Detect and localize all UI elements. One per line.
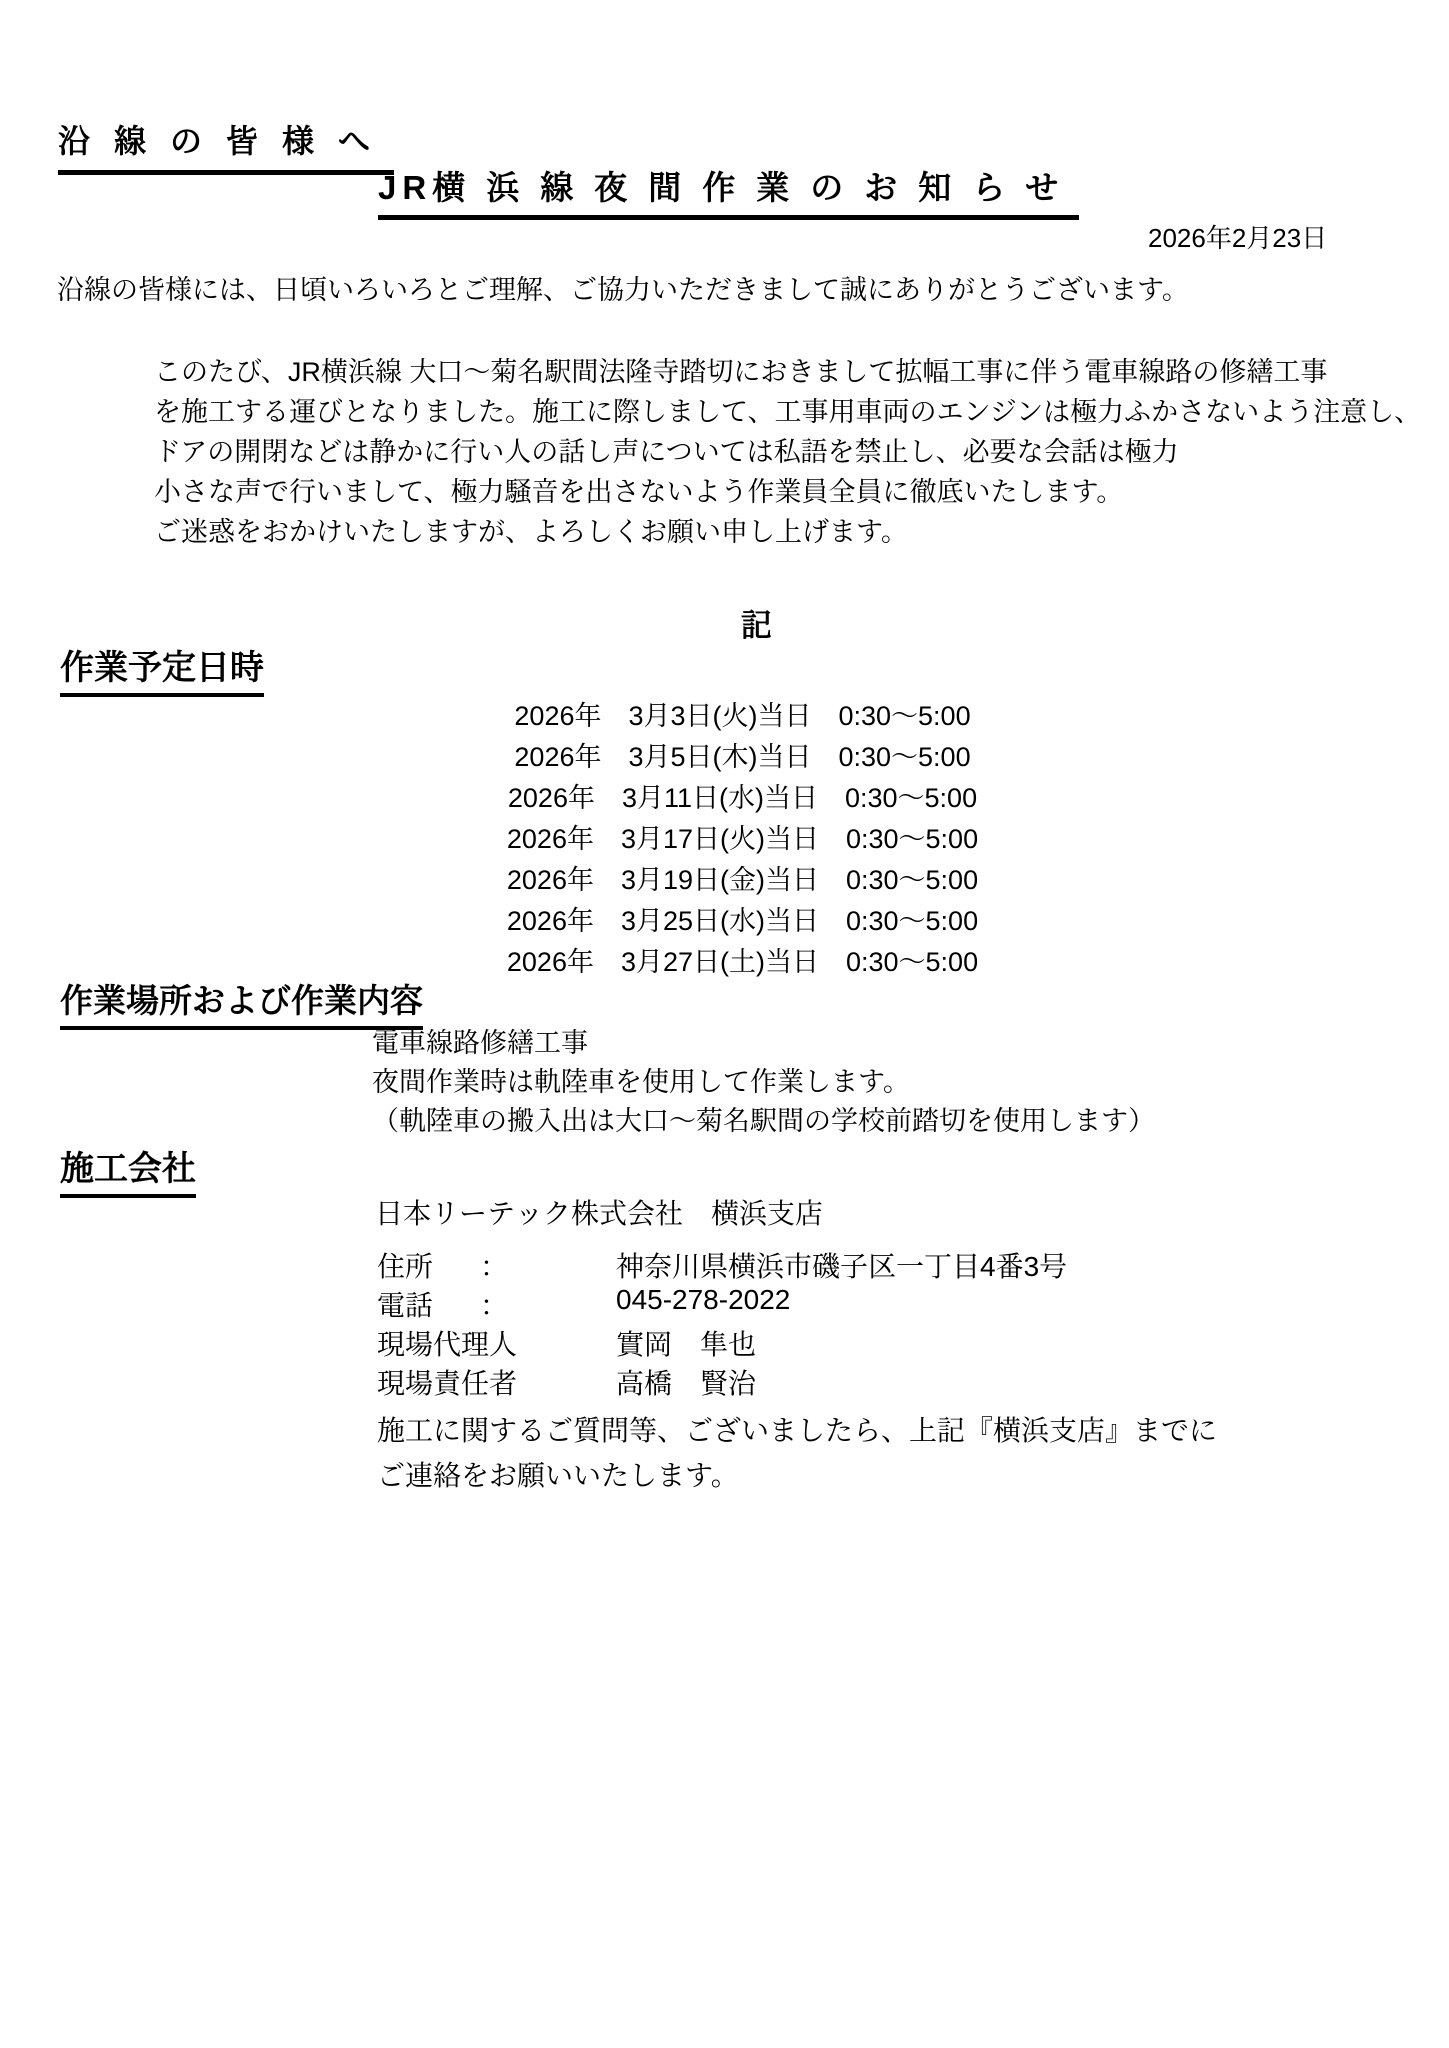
schedule-line: 2026年 3月3日(火)当日 0:30～5:00 — [36, 696, 1449, 737]
closing-text: 施工に関するご質問等、ございましたら、上記『横浜支店』までに ご連絡をお願いいた… — [377, 1408, 1217, 1498]
section-heading-company: 施工会社 — [60, 1141, 196, 1198]
schedule-list: 2026年 3月3日(火)当日 0:30～5:00 2026年 3月5日(木)当… — [0, 696, 1449, 983]
work-detail-line: 夜間作業時は軌陸車を使用して作業します。 — [372, 1063, 1155, 1102]
body-paragraph: このたび、JR横浜線 大口～菊名駅間法隆寺踏切におきまして拡幅工事に伴う電車線路… — [154, 352, 1421, 552]
section-heading-schedule: 作業予定日時 — [60, 640, 264, 697]
work-detail-line: 電車線路修繕工事 — [372, 1024, 1155, 1063]
company-info-value: 045-278-2022 — [616, 1284, 1067, 1324]
notice-document-page: 沿線の皆様へ JR横浜線夜間作業のお知らせ 2026年2月23日 沿線の皆様には… — [0, 0, 1449, 2048]
company-info-value: 神奈川県横浜市磯子区一丁目4番3号 — [616, 1245, 1067, 1285]
company-name: 日本リーテック株式会社 横浜支店 — [375, 1192, 823, 1232]
body-line: ドアの開閉などは静かに行い人の話し声については私語を禁止し、必要な会話は極力 — [154, 432, 1421, 472]
schedule-line: 2026年 3月19日(金)当日 0:30～5:00 — [36, 860, 1449, 901]
work-detail-line: （軌陸車の搬入出は大口～菊名駅間の学校前踏切を使用します） — [372, 1102, 1155, 1141]
closing-line: ご連絡をお願いいたします。 — [377, 1453, 1217, 1498]
salutation: 沿線の皆様へ — [58, 116, 394, 175]
company-info: 住所 ： 神奈川県横浜市磯子区一丁目4番3号 電話 ： 045-278-2022… — [377, 1245, 1067, 1401]
issue-date: 2026年2月23日 — [1148, 218, 1327, 255]
notice-title: JR横浜線夜間作業のお知らせ — [378, 162, 1079, 220]
company-info-row: 現場代理人 實岡 隼也 — [377, 1323, 1067, 1362]
work-detail: 電車線路修繕工事 夜間作業時は軌陸車を使用して作業します。 （軌陸車の搬入出は大… — [372, 1024, 1155, 1141]
record-mark: 記 — [0, 600, 1449, 645]
company-info-row: 現場責任者 高橋 賢治 — [377, 1362, 1067, 1401]
section-heading-work: 作業場所および作業内容 — [60, 975, 423, 1030]
schedule-line: 2026年 3月17日(火)当日 0:30～5:00 — [36, 819, 1449, 860]
company-info-label: 現場代理人 — [377, 1323, 480, 1363]
body-line: 小さな声で行いまして、極力騒音を出さないよう作業員全員に徹底いたします。 — [154, 472, 1421, 512]
company-info-colon — [480, 1362, 616, 1402]
schedule-line: 2026年 3月5日(木)当日 0:30～5:00 — [36, 737, 1449, 778]
schedule-line: 2026年 3月25日(水)当日 0:30～5:00 — [36, 901, 1449, 942]
notice-title-main: 横浜線夜間作業のお知らせ — [432, 169, 1079, 206]
company-info-label: 住所 — [377, 1245, 480, 1285]
closing-line: 施工に関するご質問等、ございましたら、上記『横浜支店』までに — [377, 1408, 1217, 1453]
body-line: このたび、JR横浜線 大口～菊名駅間法隆寺踏切におきまして拡幅工事に伴う電車線路… — [154, 352, 1421, 392]
company-info-colon: ： — [480, 1245, 616, 1285]
company-info-label: 電話 — [377, 1284, 480, 1324]
company-info-row: 電話 ： 045-278-2022 — [377, 1284, 1067, 1323]
greeting-text: 沿線の皆様には、日頃いろいろとご理解、ご協力いただきまして誠にありがとうございま… — [57, 268, 1189, 307]
body-line: ご迷惑をおかけいたしますが、よろしくお願い申し上げます。 — [154, 512, 1421, 552]
company-info-value: 高橋 賢治 — [616, 1362, 1067, 1402]
schedule-line: 2026年 3月11日(水)当日 0:30～5:00 — [36, 778, 1449, 819]
notice-title-prefix: JR — [378, 169, 432, 206]
company-info-colon — [480, 1323, 616, 1363]
company-info-label: 現場責任者 — [377, 1362, 480, 1402]
company-info-row: 住所 ： 神奈川県横浜市磯子区一丁目4番3号 — [377, 1245, 1067, 1284]
company-info-colon: ： — [480, 1284, 616, 1324]
body-line: を施工する運びとなりました。施工に際しまして、工事用車両のエンジンは極力ふかさな… — [154, 392, 1421, 432]
company-info-value: 實岡 隼也 — [616, 1323, 1067, 1363]
